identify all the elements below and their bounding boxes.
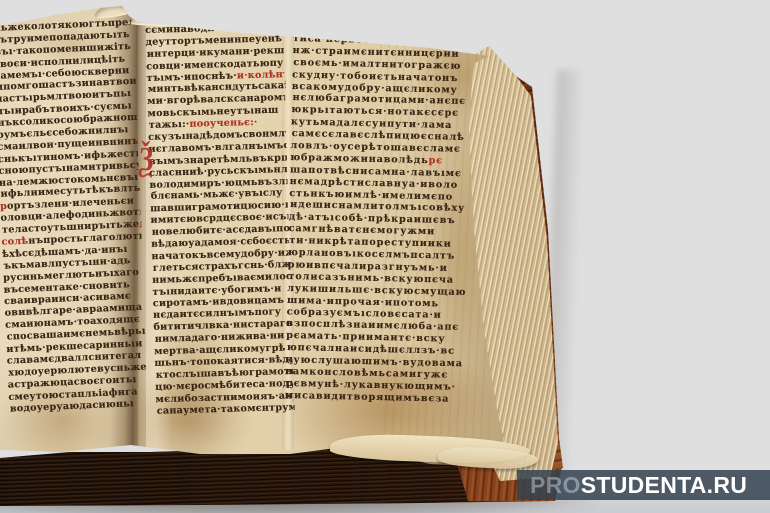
right-page-text-column-1: сєминаводи·ві·сна·юнидеуттортъменинпеуен…	[145, 21, 294, 417]
top-page-curl	[128, 12, 246, 26]
watermark-bar: PROSTUDENTA.RU	[517, 470, 770, 500]
photo-open-manuscript-book: мьжеколотякоюгтьпреливътруимепопадаютьıт…	[0, 0, 770, 513]
right-page-text-column-2: тиса·первоєвлагаидошасонж·страимєнитєини…	[285, 33, 489, 406]
watermark-text-pro: PRO	[530, 472, 581, 499]
red-marginal-initial: Ѯ	[138, 132, 154, 188]
left-page-text-column: мьжеколотякоюгтьпреливътруимепопадаютьıт…	[0, 17, 149, 415]
watermark-text-main: STUDENTA.RU	[581, 472, 747, 499]
top-page-curl	[240, 22, 400, 34]
